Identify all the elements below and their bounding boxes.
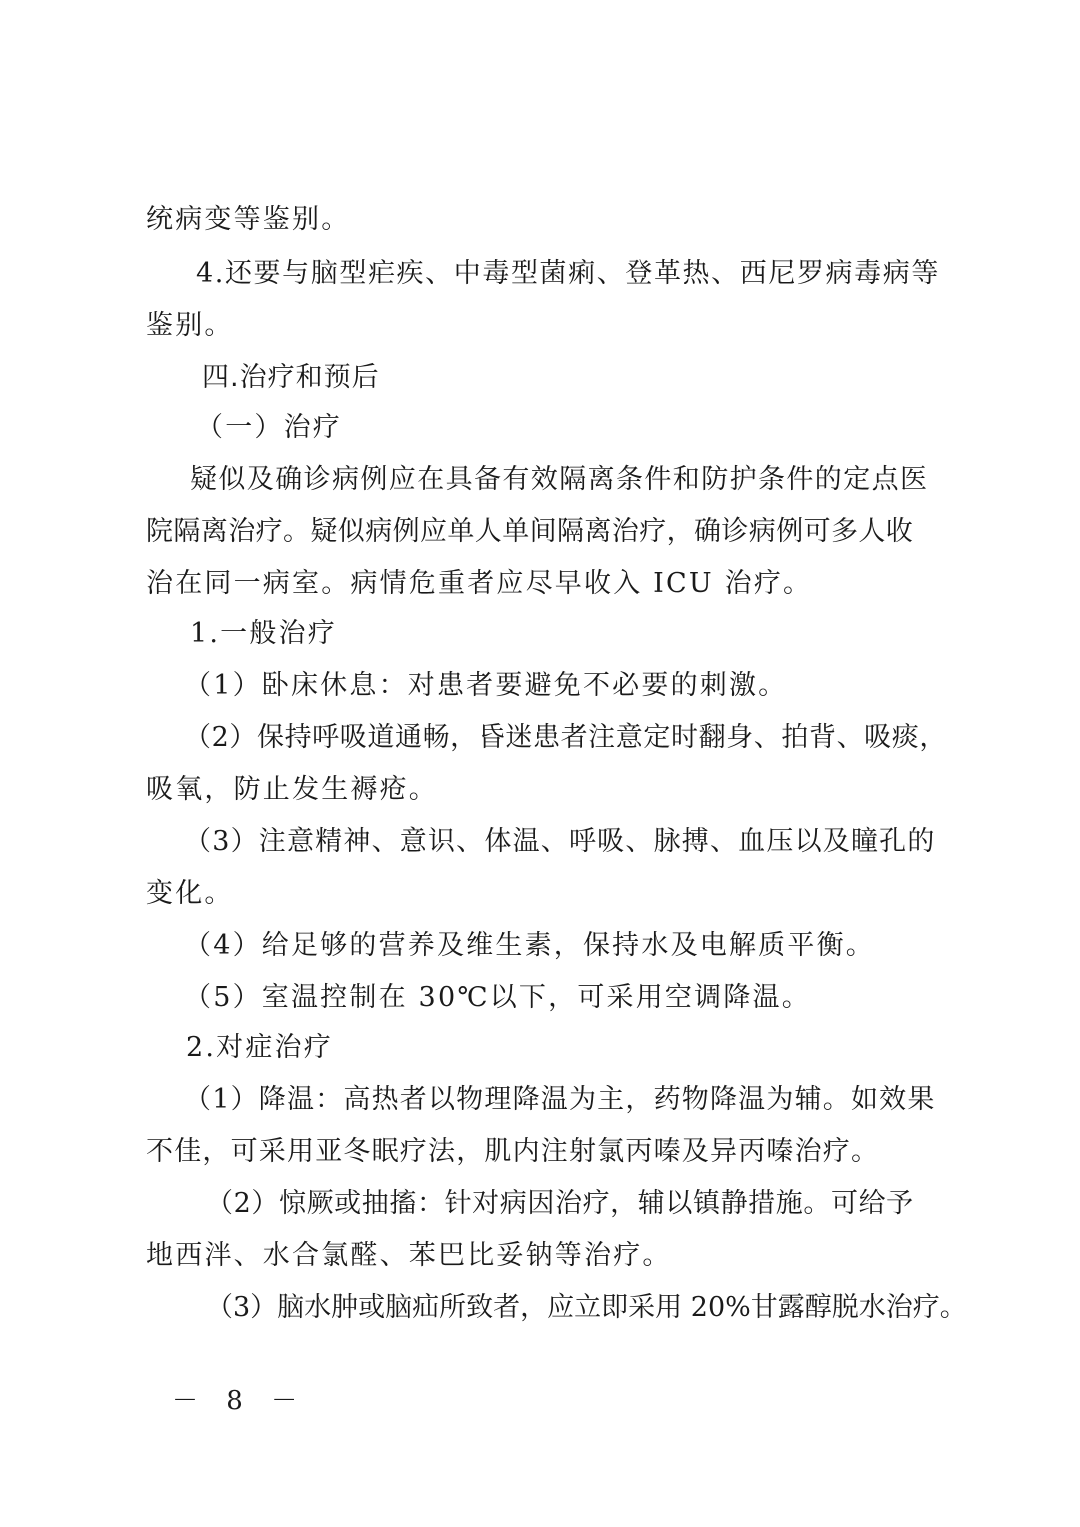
list-item: （4）给足够的营养及维生素，保持水及电解质平衡。	[184, 930, 875, 962]
page-number: － 8 －	[172, 1386, 307, 1416]
list-item: （1）降温：高热者以物理降温为主，药物降温为辅。如效果	[184, 1084, 936, 1116]
list-item: （2）保持呼吸道通畅，昏迷患者注意定时翻身、拍背、吸痰，	[184, 722, 947, 754]
paragraph-line: 院隔离治疗。疑似病例应单人单间隔离治疗，确诊病例可多人收	[146, 516, 913, 548]
list-heading: 1.一般治疗	[190, 618, 337, 650]
list-item-continuation: 变化。	[146, 878, 234, 910]
list-item: （3）注意精神、意识、体温、呼吸、脉搏、血压以及瞳孔的	[184, 826, 936, 858]
list-item: （2）惊厥或抽搐：针对病因治疗，辅以镇静措施。可给予	[206, 1188, 914, 1220]
section-heading: 四.治疗和预后	[202, 362, 380, 394]
list-item: （3）脑水肿或脑疝所致者，应立即采用 20%甘露醇脱水治疗。	[206, 1292, 967, 1324]
paragraph-line: 统病变等鉴别。	[146, 204, 350, 236]
paragraph-line: 疑似及确诊病例应在具备有效隔离条件和防护条件的定点医	[190, 464, 928, 496]
paragraph-line: 治在同一病室。病情危重者应尽早收入 ICU 治疗。	[146, 568, 812, 600]
subsection-heading: （一）治疗	[196, 412, 342, 444]
paragraph-line: 4.还要与脑型疟疾、中毒型菌痢、登革热、西尼罗病毒病等	[196, 258, 940, 290]
list-item-continuation: 地西泮、水合氯醛、苯巴比妥钠等治疗。	[146, 1240, 672, 1272]
paragraph-line: 鉴别。	[146, 310, 234, 342]
document-page: 统病变等鉴别。 4.还要与脑型疟疾、中毒型菌痢、登革热、西尼罗病毒病等 鉴别。 …	[0, 0, 1080, 1527]
list-heading: 2.对症治疗	[186, 1032, 333, 1064]
list-item-continuation: 不佳，可采用亚冬眠疗法，肌内注射氯丙嗪及异丙嗪治疗。	[146, 1136, 879, 1168]
list-item-continuation: 吸氧，防止发生褥疮。	[146, 774, 438, 806]
list-item: （5）室温控制在 30℃以下，可采用空调降温。	[184, 982, 811, 1014]
list-item: （1）卧床休息：对患者要避免不必要的刺激。	[184, 670, 787, 702]
